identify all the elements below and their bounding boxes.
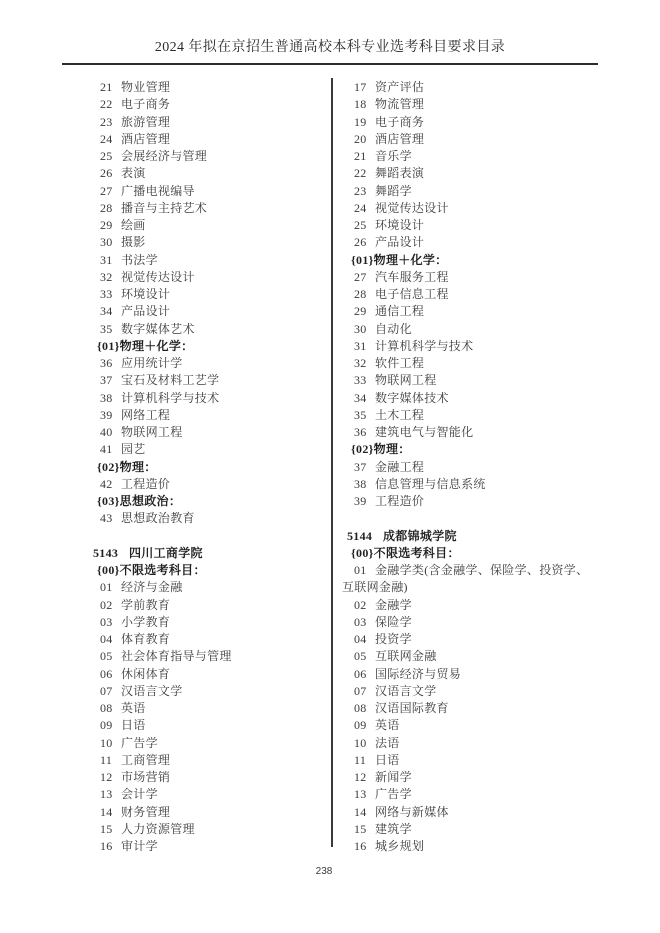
major-item: 39工程造价 bbox=[342, 493, 604, 510]
major-number: 08 bbox=[354, 700, 370, 717]
major-item: 38计算机科学与技术 bbox=[88, 390, 328, 407]
major-number: 10 bbox=[354, 735, 370, 752]
major-item: 09英语 bbox=[342, 717, 604, 734]
major-number: 17 bbox=[354, 79, 370, 96]
major-item: 01金融学类(含金融学、保险学、投资学、 bbox=[342, 562, 604, 579]
major-number: 12 bbox=[100, 769, 116, 786]
line-label: 英语 bbox=[375, 718, 400, 732]
line-label: 汽车服务工程 bbox=[375, 270, 449, 284]
major-item: 12市场营销 bbox=[88, 769, 328, 786]
line-label: 自动化 bbox=[375, 322, 412, 336]
line-label: 广播电视编导 bbox=[121, 184, 195, 198]
subject-group-header: {03}思想政治： bbox=[88, 493, 328, 510]
major-number: 34 bbox=[100, 303, 116, 320]
major-number: 36 bbox=[354, 424, 370, 441]
major-item: 18物流管理 bbox=[342, 96, 604, 113]
line-label: 网络与新媒体 bbox=[375, 805, 449, 819]
major-number: 13 bbox=[354, 786, 370, 803]
major-number: 08 bbox=[100, 700, 116, 717]
major-item: 34数字媒体技术 bbox=[342, 390, 604, 407]
major-number: 06 bbox=[100, 666, 116, 683]
major-item: 14网络与新媒体 bbox=[342, 804, 604, 821]
major-number: 35 bbox=[354, 407, 370, 424]
line-label: 表演 bbox=[121, 166, 146, 180]
subject-group-header: {00}不限选考科目： bbox=[88, 562, 328, 579]
major-item: 11工商管理 bbox=[88, 752, 328, 769]
line-label: {02}物理： bbox=[97, 460, 157, 474]
line-label: 书法学 bbox=[121, 253, 158, 267]
major-item: 07汉语言文学 bbox=[88, 683, 328, 700]
major-number: 24 bbox=[354, 200, 370, 217]
major-number: 31 bbox=[100, 252, 116, 269]
major-item: 15建筑学 bbox=[342, 821, 604, 838]
line-label: {03}思想政治： bbox=[97, 494, 181, 508]
line-label: 法语 bbox=[375, 736, 400, 750]
major-number: 06 bbox=[354, 666, 370, 683]
major-item: 07汉语言文学 bbox=[342, 683, 604, 700]
line-label: {00}不限选考科目： bbox=[351, 546, 460, 560]
line-label: 宝石及材料工艺学 bbox=[121, 373, 219, 387]
major-number: 23 bbox=[354, 183, 370, 200]
line-label: 成都锦城学院 bbox=[383, 529, 457, 543]
major-item: 33环境设计 bbox=[88, 286, 328, 303]
line-label: 产品设计 bbox=[375, 235, 424, 249]
line-label: 环境设计 bbox=[121, 287, 170, 301]
major-item: 15人力资源管理 bbox=[88, 821, 328, 838]
major-number: 24 bbox=[100, 131, 116, 148]
major-item: 22电子商务 bbox=[88, 96, 328, 113]
line-label: 旅游管理 bbox=[121, 115, 170, 129]
line-label: 四川工商学院 bbox=[129, 546, 203, 560]
major-item: 30自动化 bbox=[342, 321, 604, 338]
major-item: 24酒店管理 bbox=[88, 131, 328, 148]
line-label: 互联网金融 bbox=[375, 649, 437, 663]
major-item: 10广告学 bbox=[88, 735, 328, 752]
line-label: 会计学 bbox=[121, 787, 158, 801]
major-item: 28播音与主持艺术 bbox=[88, 200, 328, 217]
major-item: 38信息管理与信息系统 bbox=[342, 476, 604, 493]
major-item: 04投资学 bbox=[342, 631, 604, 648]
major-number: 29 bbox=[354, 303, 370, 320]
major-number: 39 bbox=[354, 493, 370, 510]
major-number: 22 bbox=[100, 96, 116, 113]
major-item: 11日语 bbox=[342, 752, 604, 769]
line-label: 思想政治教育 bbox=[121, 511, 195, 525]
major-number: 42 bbox=[100, 476, 116, 493]
major-item: 14财务管理 bbox=[88, 804, 328, 821]
major-number: 28 bbox=[354, 286, 370, 303]
line-label: 财务管理 bbox=[121, 805, 170, 819]
major-item: 22舞蹈表演 bbox=[342, 165, 604, 182]
major-number: 29 bbox=[100, 217, 116, 234]
major-item: 27汽车服务工程 bbox=[342, 269, 604, 286]
line-label: 舞蹈学 bbox=[375, 184, 412, 198]
line-label: 市场营销 bbox=[121, 770, 170, 784]
major-item-wrap-line: 互联网金融) bbox=[342, 579, 604, 596]
major-item: 33物联网工程 bbox=[342, 372, 604, 389]
line-label: 建筑学 bbox=[375, 822, 412, 836]
line-label: 电子信息工程 bbox=[375, 287, 449, 301]
major-number: 35 bbox=[100, 321, 116, 338]
blank-line bbox=[88, 528, 328, 545]
line-label: 绘画 bbox=[121, 218, 146, 232]
major-number: 38 bbox=[100, 390, 116, 407]
major-number: 34 bbox=[354, 390, 370, 407]
major-number: 32 bbox=[354, 355, 370, 372]
line-label: 日语 bbox=[121, 718, 146, 732]
line-label: 物联网工程 bbox=[121, 425, 183, 439]
line-label: 酒店管理 bbox=[121, 132, 170, 146]
major-item: 16审计学 bbox=[88, 838, 328, 855]
line-label: 日语 bbox=[375, 753, 400, 767]
major-number: 31 bbox=[354, 338, 370, 355]
major-number: 19 bbox=[354, 114, 370, 131]
line-label: 产品设计 bbox=[121, 304, 170, 318]
major-number: 22 bbox=[354, 165, 370, 182]
major-item: 41园艺 bbox=[88, 441, 328, 458]
line-label: 资产评估 bbox=[375, 80, 424, 94]
major-number: 05 bbox=[100, 648, 116, 665]
major-item: 21物业管理 bbox=[88, 79, 328, 96]
major-item: 31书法学 bbox=[88, 252, 328, 269]
major-item: 21音乐学 bbox=[342, 148, 604, 165]
line-label: 金融学类(含金融学、保险学、投资学、 bbox=[375, 563, 588, 577]
page-number: 238 bbox=[0, 866, 648, 877]
major-item: 26表演 bbox=[88, 165, 328, 182]
line-label: 工程造价 bbox=[375, 494, 424, 508]
major-number: 30 bbox=[354, 321, 370, 338]
major-number: 11 bbox=[100, 752, 116, 769]
line-label: {02}物理： bbox=[351, 442, 411, 456]
line-label: 舞蹈表演 bbox=[375, 166, 424, 180]
line-label: 保险学 bbox=[375, 615, 412, 629]
major-number: 02 bbox=[354, 597, 370, 614]
major-item: 13会计学 bbox=[88, 786, 328, 803]
major-item: 02金融学 bbox=[342, 597, 604, 614]
major-item: 02学前教育 bbox=[88, 597, 328, 614]
right-column: 17资产评估18物流管理19电子商务20酒店管理21音乐学22舞蹈表演23舞蹈学… bbox=[342, 79, 604, 855]
line-label: 广告学 bbox=[375, 787, 412, 801]
line-label: {01}物理＋化学： bbox=[351, 253, 447, 267]
line-label: 摄影 bbox=[121, 235, 146, 249]
major-item: 12新闻学 bbox=[342, 769, 604, 786]
major-item: 08英语 bbox=[88, 700, 328, 717]
line-label: 视觉传达设计 bbox=[375, 201, 449, 215]
major-item: 06国际经济与贸易 bbox=[342, 666, 604, 683]
major-number: 38 bbox=[354, 476, 370, 493]
major-number: 41 bbox=[100, 441, 116, 458]
line-label: 音乐学 bbox=[375, 149, 412, 163]
line-label: 人力资源管理 bbox=[121, 822, 195, 836]
line-label: 信息管理与信息系统 bbox=[375, 477, 486, 491]
major-item: 19电子商务 bbox=[342, 114, 604, 131]
major-number: 23 bbox=[100, 114, 116, 131]
line-label: 英语 bbox=[121, 701, 146, 715]
line-label: {00}不限选考科目： bbox=[97, 563, 206, 577]
major-item: 43思想政治教育 bbox=[88, 510, 328, 527]
major-item: 09日语 bbox=[88, 717, 328, 734]
line-label: 通信工程 bbox=[375, 304, 424, 318]
line-label: 学前教育 bbox=[121, 598, 170, 612]
major-number: 01 bbox=[100, 579, 116, 596]
line-label: 应用统计学 bbox=[121, 356, 183, 370]
major-number: 33 bbox=[354, 372, 370, 389]
line-label: 广告学 bbox=[121, 736, 158, 750]
major-number: 43 bbox=[100, 510, 116, 527]
major-item: 03保险学 bbox=[342, 614, 604, 631]
major-number: 09 bbox=[100, 717, 116, 734]
major-item: 27广播电视编导 bbox=[88, 183, 328, 200]
line-label: 工商管理 bbox=[121, 753, 170, 767]
line-label: 体育教育 bbox=[121, 632, 170, 646]
major-item: 05互联网金融 bbox=[342, 648, 604, 665]
major-number: 03 bbox=[354, 614, 370, 631]
major-number: 12 bbox=[354, 769, 370, 786]
major-number: 33 bbox=[100, 286, 116, 303]
line-label: 汉语国际教育 bbox=[375, 701, 449, 715]
line-label: 物业管理 bbox=[121, 80, 170, 94]
major-number: 30 bbox=[100, 234, 116, 251]
major-item: 37金融工程 bbox=[342, 459, 604, 476]
major-item: 20酒店管理 bbox=[342, 131, 604, 148]
major-number: 01 bbox=[354, 562, 370, 579]
subject-group-header: {01}物理＋化学： bbox=[342, 252, 604, 269]
line-label: 土木工程 bbox=[375, 408, 424, 422]
major-item: 40物联网工程 bbox=[88, 424, 328, 441]
line-label: 数字媒体技术 bbox=[375, 391, 449, 405]
major-number: 04 bbox=[354, 631, 370, 648]
major-number: 27 bbox=[100, 183, 116, 200]
major-item: 34产品设计 bbox=[88, 303, 328, 320]
major-number: 11 bbox=[354, 752, 370, 769]
major-number: 07 bbox=[354, 683, 370, 700]
major-item: 39网络工程 bbox=[88, 407, 328, 424]
major-item: 06休闲体育 bbox=[88, 666, 328, 683]
major-number: 13 bbox=[100, 786, 116, 803]
major-number: 05 bbox=[354, 648, 370, 665]
line-label: 汉语言文学 bbox=[375, 684, 437, 698]
college-header: 5143四川工商学院 bbox=[88, 545, 328, 562]
major-number: 15 bbox=[100, 821, 116, 838]
major-item: 13广告学 bbox=[342, 786, 604, 803]
major-item: 36建筑电气与智能化 bbox=[342, 424, 604, 441]
page-title: 2024 年拟在京招生普通高校本科专业选考科目要求目录 bbox=[0, 40, 660, 56]
major-item: 08汉语国际教育 bbox=[342, 700, 604, 717]
blank-line bbox=[342, 510, 604, 527]
major-number: 27 bbox=[354, 269, 370, 286]
college-header: 5144成都锦城学院 bbox=[342, 528, 604, 545]
major-item: 17资产评估 bbox=[342, 79, 604, 96]
line-label: 汉语言文学 bbox=[121, 684, 183, 698]
subject-group-header: {01}物理＋化学： bbox=[88, 338, 328, 355]
line-label: 金融学 bbox=[375, 598, 412, 612]
major-item: 32软件工程 bbox=[342, 355, 604, 372]
major-item: 23旅游管理 bbox=[88, 114, 328, 131]
major-item: 30摄影 bbox=[88, 234, 328, 251]
major-number: 26 bbox=[100, 165, 116, 182]
major-item: 05社会体育指导与管理 bbox=[88, 648, 328, 665]
line-label: 计算机科学与技术 bbox=[375, 339, 473, 353]
major-number: 39 bbox=[100, 407, 116, 424]
major-item: 28电子信息工程 bbox=[342, 286, 604, 303]
subject-group-header: {00}不限选考科目： bbox=[342, 545, 604, 562]
line-label: 审计学 bbox=[121, 839, 158, 853]
line-label: 数字媒体艺术 bbox=[121, 322, 195, 336]
line-label: 经济与金融 bbox=[121, 580, 183, 594]
major-item: 31计算机科学与技术 bbox=[342, 338, 604, 355]
major-number: 37 bbox=[100, 372, 116, 389]
major-number: 28 bbox=[100, 200, 116, 217]
major-item: 03小学教育 bbox=[88, 614, 328, 631]
major-number: 10 bbox=[100, 735, 116, 752]
line-label: 工程造价 bbox=[121, 477, 170, 491]
major-number: 03 bbox=[100, 614, 116, 631]
major-item: 32视觉传达设计 bbox=[88, 269, 328, 286]
major-number: 37 bbox=[354, 459, 370, 476]
major-item: 25会展经济与管理 bbox=[88, 148, 328, 165]
major-number: 25 bbox=[354, 217, 370, 234]
major-item: 04体育教育 bbox=[88, 631, 328, 648]
header-rule bbox=[62, 63, 598, 65]
line-label: 休闲体育 bbox=[121, 667, 170, 681]
subject-group-header: {02}物理： bbox=[342, 441, 604, 458]
major-number: 5143 bbox=[93, 545, 123, 562]
major-number: 15 bbox=[354, 821, 370, 838]
line-label: 物流管理 bbox=[375, 97, 424, 111]
major-item: 35土木工程 bbox=[342, 407, 604, 424]
major-number: 21 bbox=[100, 79, 116, 96]
line-label: 园艺 bbox=[121, 442, 146, 456]
major-number: 14 bbox=[100, 804, 116, 821]
line-label: 视觉传达设计 bbox=[121, 270, 195, 284]
document-page: 2024 年拟在京招生普通高校本科专业选考科目要求目录 21物业管理22电子商务… bbox=[0, 0, 660, 933]
major-number: 04 bbox=[100, 631, 116, 648]
line-label: 互联网金融) bbox=[342, 580, 408, 594]
major-item: 01经济与金融 bbox=[88, 579, 328, 596]
major-number: 20 bbox=[354, 131, 370, 148]
line-label: 计算机科学与技术 bbox=[121, 391, 219, 405]
line-label: 社会体育指导与管理 bbox=[121, 649, 232, 663]
major-item: 16城乡规划 bbox=[342, 838, 604, 855]
line-label: 网络工程 bbox=[121, 408, 170, 422]
line-label: 物联网工程 bbox=[375, 373, 437, 387]
major-number: 25 bbox=[100, 148, 116, 165]
major-number: 36 bbox=[100, 355, 116, 372]
major-item: 29通信工程 bbox=[342, 303, 604, 320]
major-item: 23舞蹈学 bbox=[342, 183, 604, 200]
line-label: 酒店管理 bbox=[375, 132, 424, 146]
column-divider bbox=[331, 78, 333, 847]
line-label: 城乡规划 bbox=[375, 839, 424, 853]
major-item: 10法语 bbox=[342, 735, 604, 752]
line-label: 小学教育 bbox=[121, 615, 170, 629]
major-number: 40 bbox=[100, 424, 116, 441]
major-item: 26产品设计 bbox=[342, 234, 604, 251]
line-label: 建筑电气与智能化 bbox=[375, 425, 473, 439]
major-item: 29绘画 bbox=[88, 217, 328, 234]
major-number: 02 bbox=[100, 597, 116, 614]
major-item: 25环境设计 bbox=[342, 217, 604, 234]
major-number: 16 bbox=[100, 838, 116, 855]
line-label: 投资学 bbox=[375, 632, 412, 646]
line-label: 电子商务 bbox=[375, 115, 424, 129]
line-label: 软件工程 bbox=[375, 356, 424, 370]
line-label: {01}物理＋化学： bbox=[97, 339, 193, 353]
line-label: 国际经济与贸易 bbox=[375, 667, 461, 681]
major-number: 21 bbox=[354, 148, 370, 165]
major-item: 24视觉传达设计 bbox=[342, 200, 604, 217]
major-number: 09 bbox=[354, 717, 370, 734]
line-label: 会展经济与管理 bbox=[121, 149, 207, 163]
major-number: 16 bbox=[354, 838, 370, 855]
major-item: 37宝石及材料工艺学 bbox=[88, 372, 328, 389]
major-number: 07 bbox=[100, 683, 116, 700]
line-label: 电子商务 bbox=[121, 97, 170, 111]
major-number: 5144 bbox=[347, 528, 377, 545]
major-number: 32 bbox=[100, 269, 116, 286]
major-item: 35数字媒体艺术 bbox=[88, 321, 328, 338]
line-label: 金融工程 bbox=[375, 460, 424, 474]
subject-group-header: {02}物理： bbox=[88, 459, 328, 476]
major-item: 42工程造价 bbox=[88, 476, 328, 493]
line-label: 环境设计 bbox=[375, 218, 424, 232]
line-label: 新闻学 bbox=[375, 770, 412, 784]
line-label: 播音与主持艺术 bbox=[121, 201, 207, 215]
major-number: 14 bbox=[354, 804, 370, 821]
major-number: 18 bbox=[354, 96, 370, 113]
left-column: 21物业管理22电子商务23旅游管理24酒店管理25会展经济与管理26表演27广… bbox=[88, 79, 328, 855]
major-item: 36应用统计学 bbox=[88, 355, 328, 372]
major-number: 26 bbox=[354, 234, 370, 251]
